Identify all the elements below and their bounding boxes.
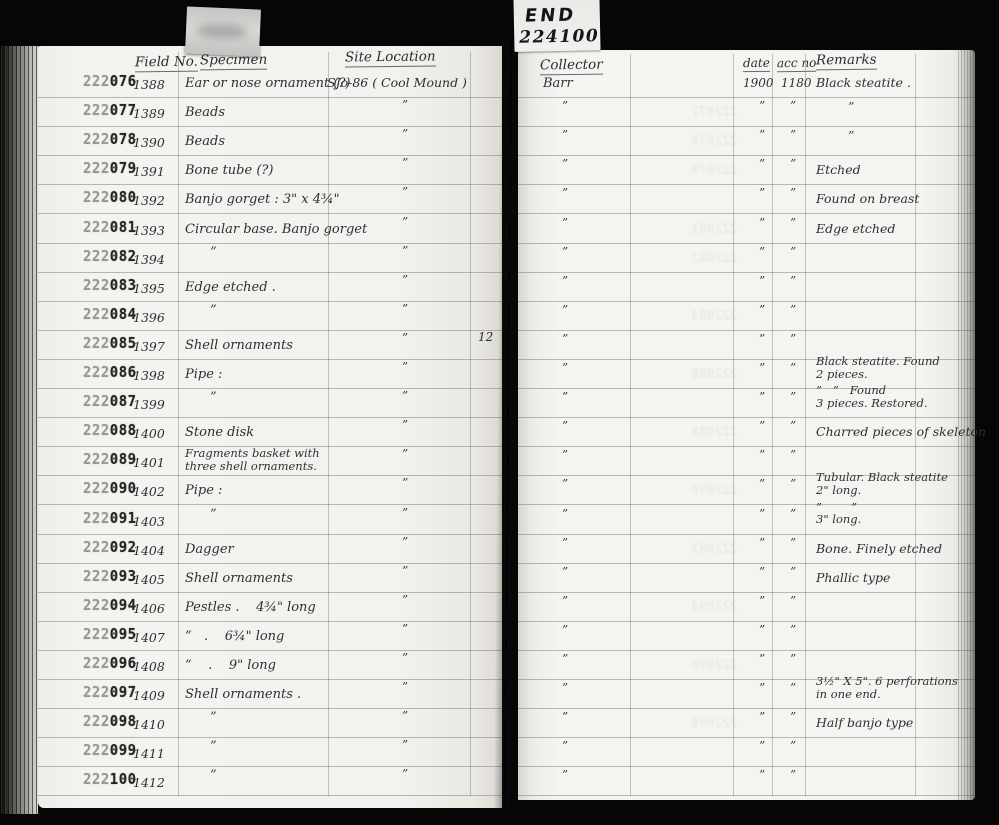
ledger-row-left: 2220881400Stone disk” [38,417,502,447]
field-number: 1390 [133,135,165,150]
field-number: 1388 [133,77,165,92]
specimen-entry: Pestles . 4¾" long [185,600,316,615]
acc-no-entry: ” [790,623,796,637]
acc-no-entry: ” [790,594,796,608]
collector-entry: ” [562,477,568,491]
remarks-entry: ” [848,128,854,143]
ledger-row-right: ”””Phallic type [518,563,975,593]
ledger-row-right: ”””Tubular. Black steatite 2" long.22209… [518,475,975,505]
acc-no-entry: ” [790,157,796,171]
specimen-entry: ” . 9" long [185,658,276,673]
ledger-row-right: ”””” ” Found 3 pieces. Restored. [518,388,975,418]
specimen-entry: ” [210,390,217,405]
date-entry: 1900 [743,76,774,90]
ledger-row-right: ”””Half banjo type222098 [518,708,975,738]
field-number: 1411 [133,746,165,761]
museum-number-stamp: 222083 [83,277,137,294]
museum-number-stamp: 222088 [83,423,137,440]
bleedthrough-ghost: 222096 [648,658,738,673]
ledger-row-left: 2220841396”” [38,301,502,331]
date-entry: ” [759,565,765,579]
ledger-row-right: ””””222078 [518,126,975,156]
acc-no-entry: ” [790,739,796,753]
museum-number-stamp: 222100 [83,772,137,789]
museum-number-stamp: 222095 [83,626,137,643]
date-entry: ” [759,652,765,666]
acc-no-entry: ” [790,565,796,579]
ledger-row-left: 2220921404Dagger” [38,534,502,564]
date-entry: ” [759,361,765,375]
field-number: 1405 [133,572,165,587]
date-entry: ” [759,274,765,288]
specimen-entry: Pipe : [185,367,222,382]
specimen-entry: Stone disk [185,425,254,440]
site-location-entry: ” [402,535,408,549]
ledger-row-right: Barr19001180Black steatite . [518,68,975,98]
collector-entry: ” [562,710,568,724]
field-number: 1394 [133,252,165,267]
museum-number-stamp: 222094 [83,597,137,614]
ledger-row-left: 2220941406Pestles . 4¾" long” [38,592,502,622]
ledger-row-right: ””” [518,272,975,302]
date-entry: ” [759,507,765,521]
ledger-row-left: 2220791391Bone tube (?)” [38,155,502,185]
date-entry: ” [759,332,765,346]
date-entry: ” [759,390,765,404]
acc-no-entry: ” [790,652,796,666]
museum-number-stamp: 222097 [83,685,137,702]
bleedthrough-ghost: 222086 [648,367,738,382]
ledger-row-left: 2220761388Ear or nose ornament (?)SJo-86… [38,68,502,98]
museum-number-stamp: 222084 [83,306,137,323]
ledger-row-left: 2220811393Circular base. Banjo gorget” [38,214,502,244]
end-tab-label: END [524,4,601,27]
field-number: 1397 [133,339,165,354]
ledger-row-left: 2220911403”” [38,505,502,535]
ledger-row-right: ””” [518,621,975,651]
date-entry: ” [759,477,765,491]
end-tab: END 224100 [513,0,600,52]
field-number: 1400 [133,426,165,441]
ledger-row-left: 2221001412”” [38,766,502,796]
specimen-entry: ” [210,507,217,522]
ledger-row-left: 2220991411”” [38,737,502,767]
remarks-entry: Tubular. Black steatite 2" long. [816,471,948,496]
date-entry: ” [759,739,765,753]
ledger-row-left: 2220771389Beads” [38,97,502,127]
ledger-row-right: ”””Edge etched222081 [518,214,975,244]
site-location-entry: ” [402,418,408,432]
date-entry: ” [759,186,765,200]
field-number: 1389 [133,106,165,121]
field-number: 1406 [133,601,165,616]
remarks-entry: Found on breast [816,191,919,206]
acc-no-entry: ” [790,768,796,782]
collector-entry: ” [562,99,568,113]
bleedthrough-ghost: 222079 [648,163,738,178]
museum-number-stamp: 222082 [83,248,137,265]
site-location-entry: ” [402,447,408,461]
museum-number-stamp: 222077 [83,103,137,120]
field-number: 1392 [133,193,165,208]
date-entry: ” [759,128,765,142]
ledger-book-photo: Field No. Specimen Site Location 2220761… [0,0,999,825]
site-location-entry: ” [402,215,408,229]
collector-entry: ” [562,274,568,288]
ledger-row-left: 2220981410”” [38,708,502,738]
acc-no-entry: ” [790,710,796,724]
remarks-entry: Edge etched [816,221,895,236]
specimen-entry: Shell ornaments . [185,687,301,702]
museum-number-stamp: 222076 [83,74,137,91]
collector-entry: Barr [543,76,573,91]
collector-entry: ” [562,739,568,753]
specimen-entry: ” [210,245,217,260]
ledger-row-left: 2220931405Shell ornaments” [38,563,502,593]
collector-entry: ” [562,768,568,782]
acc-no-entry: ” [790,332,796,346]
specimen-entry: Circular base. Banjo gorget [185,222,367,237]
bleedthrough-ghost: 222092 [648,542,738,557]
collector-entry: ” [562,594,568,608]
field-number: 1408 [133,659,165,674]
ledger-row-right: ”””Found on breast [518,184,975,214]
field-number: 1402 [133,484,165,499]
bleedthrough-ghost: 222081 [648,222,738,237]
collector-entry: ” [562,303,568,317]
collector-entry: ” [562,157,568,171]
date-entry: ” [759,681,765,695]
collector-entry: ” [562,128,568,142]
site-location-entry: ” [402,273,408,287]
museum-number-stamp: 222081 [83,219,137,236]
site-location-entry: ” [402,244,408,258]
site-location-entry: ” [402,564,408,578]
museum-number-stamp: 222092 [83,539,137,556]
specimen-entry: Banjo gorget : 3" x 4¾" [185,192,340,207]
specimen-entry: Bone tube (?) [185,163,273,178]
site-location-entry: ” [402,389,408,403]
acc-no-entry: ” [790,128,796,142]
acc-no-entry: ” [790,507,796,521]
count-entry: 12 [478,330,493,344]
site-location-entry: ” [402,593,408,607]
ledger-row-right: ”””222084 [518,301,975,331]
specimen-entry: ” [210,768,217,783]
collector-entry: ” [562,507,568,521]
specimen-entry: Beads [185,134,225,149]
museum-number-stamp: 222087 [83,394,137,411]
field-number: 1396 [133,310,165,325]
museum-number-stamp: 222096 [83,656,137,673]
acc-no-entry: ” [790,536,796,550]
collector-entry: ” [562,245,568,259]
bleedthrough-ghost: 222098 [648,716,738,731]
bleedthrough-ghost: 222090 [648,483,738,498]
date-entry: ” [759,245,765,259]
acc-no-entry: ” [790,274,796,288]
specimen-entry: Shell ornaments [185,338,293,353]
field-number: 1401 [133,455,165,470]
site-location-entry: ” [402,156,408,170]
ledger-row-right: ”””Bone. Finely etched222092 [518,534,975,564]
acc-no-entry: ” [790,245,796,259]
acc-no-entry: ” [790,361,796,375]
collector-entry: ” [562,681,568,695]
acc-no-entry: ” [790,216,796,230]
acc-no-entry: 1180 [781,76,812,90]
collector-entry: ” [562,565,568,579]
field-number: 1398 [133,368,165,383]
ledger-row-right: ””” [518,737,975,767]
site-location-entry: ” [402,476,408,490]
ledger-row-right: ”””222082 [518,243,975,273]
ledger-row-left: 2220801392Banjo gorget : 3" x 4¾"” [38,184,502,214]
column-header-site-location: Site Location [345,49,436,68]
ledger-row-left: 2220891401Fragments basket with three sh… [38,446,502,476]
acc-no-entry: ” [790,390,796,404]
collector-entry: ” [562,216,568,230]
site-location-entry: ” [402,360,408,374]
ledger-row-right: ”””” ” 3" long. [518,505,975,535]
remarks-entry: Etched [816,162,861,177]
specimen-entry: ” [210,739,217,754]
remarks-entry: ” [848,99,854,114]
date-entry: ” [759,216,765,230]
field-number: 1410 [133,717,165,732]
specimen-entry: Fragments basket with three shell orname… [185,447,320,472]
ledger-row-left: 2220851397Shell ornaments”12 [38,330,502,360]
bleedthrough-ghost: 222078 [648,134,738,149]
collector-entry: ” [562,623,568,637]
remarks-entry: Half banjo type [816,715,913,730]
date-entry: ” [759,448,765,462]
ledger-row-right: ”””222094 [518,592,975,622]
specimen-entry: Dagger [185,542,234,557]
ledger-row-left: 2220971409Shell ornaments .” [38,679,502,709]
site-location-entry: ” [402,622,408,636]
site-location-entry: ” [402,98,408,112]
acc-no-entry: ” [790,477,796,491]
remarks-entry: Black steatite . [816,75,911,90]
ledger-row-right: ””” [518,766,975,796]
collector-entry: ” [562,390,568,404]
collector-entry: ” [562,652,568,666]
ledger-row-right: ”””Charred pieces of skeleton222088 [518,417,975,447]
collector-entry: ” [562,448,568,462]
ledger-row-left: 2220831395Edge etched .” [38,272,502,302]
collector-entry: ” [562,332,568,346]
ledger-row-left: 2220781390Beads” [38,126,502,156]
acc-no-entry: ” [790,99,796,113]
museum-number-stamp: 222098 [83,714,137,731]
ledger-left-page: Field No. Specimen Site Location 2220761… [38,46,502,808]
bleedthrough-ghost: 222094 [648,600,738,615]
site-location-entry: ” [402,185,408,199]
site-location-entry: ” [402,506,408,520]
specimen-entry: ” [210,710,217,725]
field-number: 1395 [133,281,165,296]
page-stack-left [0,46,38,814]
bleedthrough-ghost: 222088 [648,425,738,440]
date-entry: ” [759,419,765,433]
site-location-entry: ” [402,331,408,345]
museum-number-stamp: 222078 [83,132,137,149]
museum-number-stamp: 222086 [83,365,137,382]
specimen-entry: ” . 6¾" long [185,629,284,644]
museum-number-stamp: 222093 [83,568,137,585]
specimen-entry: Edge etched . [185,280,276,295]
site-location-entry: SJo-86 ( Cool Mound ) [327,75,467,90]
ledger-row-left: 2220861398Pipe :” [38,359,502,389]
start-tab [185,6,261,56]
museum-number-stamp: 222080 [83,190,137,207]
ledger-row-left: 2220961408” . 9" long” [38,650,502,680]
acc-no-entry: ” [790,448,796,462]
specimen-entry: Shell ornaments [185,571,293,586]
museum-number-stamp: 222079 [83,161,137,178]
bleedthrough-ghost: 222082 [648,251,738,266]
museum-number-stamp: 222085 [83,335,137,352]
field-number: 1393 [133,223,165,238]
date-entry: ” [759,536,765,550]
date-entry: ” [759,623,765,637]
date-entry: ” [759,157,765,171]
ledger-row-left: 2220901402Pipe :” [38,475,502,505]
ledger-row-left: 2220871399”” [38,388,502,418]
museum-number-stamp: 222099 [83,743,137,760]
specimen-entry: Pipe : [185,483,222,498]
site-location-entry: ” [402,127,408,141]
collector-entry: ” [562,361,568,375]
field-number: 1407 [133,630,165,645]
field-number: 1412 [133,775,165,790]
specimen-entry: Beads [185,105,225,120]
museum-number-stamp: 222090 [83,481,137,498]
field-number: 1409 [133,688,165,703]
site-location-entry: ” [402,651,408,665]
bleedthrough-ghost: 222084 [648,309,738,324]
remarks-entry: ” ” 3" long. [816,501,861,526]
collector-entry: ” [562,536,568,550]
ledger-row-right: ””””222077 [518,97,975,127]
date-entry: ” [759,594,765,608]
date-entry: ” [759,768,765,782]
field-number: 1391 [133,164,165,179]
site-location-entry: ” [402,709,408,723]
ledger-row-left: 2220821394”” [38,243,502,273]
ledger-right-page: Collector date acc no Remarks Barr190011… [518,50,975,800]
museum-number-stamp: 222089 [83,452,137,469]
date-entry: ” [759,710,765,724]
ledger-row-left: 2220951407” . 6¾" long” [38,621,502,651]
remarks-entry: Bone. Finely etched [816,541,942,556]
site-location-entry: ” [402,302,408,316]
acc-no-entry: ” [790,303,796,317]
page-edge-right [958,50,975,800]
site-location-entry: ” [402,767,408,781]
specimen-entry: Ear or nose ornament (?) [185,76,350,91]
ledger-row-right: ”””3½" X 5". 6 perforations in one end. [518,679,975,709]
acc-no-entry: ” [790,186,796,200]
collector-entry: ” [562,419,568,433]
field-number: 1404 [133,543,165,558]
site-location-entry: ” [402,738,408,752]
site-location-entry: ” [402,680,408,694]
remarks-entry: 3½" X 5". 6 perforations in one end. [816,675,958,700]
date-entry: ” [759,99,765,113]
start-tab-faded-writing [197,23,248,39]
remarks-entry: Black steatite. Found 2 pieces. [816,355,940,380]
field-number: 1403 [133,514,165,529]
bleedthrough-ghost: 222077 [648,105,738,120]
field-number: 1399 [133,397,165,412]
collector-entry: ” [562,186,568,200]
ledger-row-right: ”””Etched222079 [518,155,975,185]
remarks-entry: Phallic type [816,570,890,585]
end-tab-number: 224100 [519,26,600,48]
museum-number-stamp: 222091 [83,510,137,527]
date-entry: ” [759,303,765,317]
acc-no-entry: ” [790,681,796,695]
specimen-entry: ” [210,303,217,318]
acc-no-entry: ” [790,419,796,433]
remarks-entry: ” ” Found 3 pieces. Restored. [816,384,928,409]
